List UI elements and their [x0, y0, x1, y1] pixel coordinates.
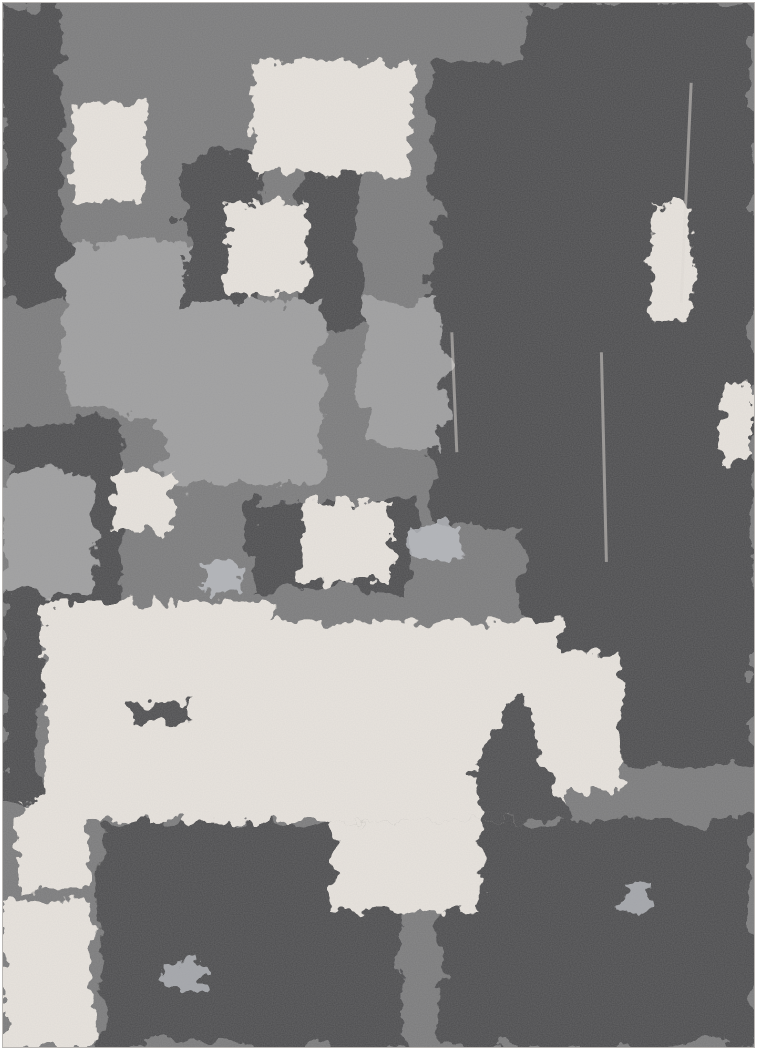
- rug-image: [2, 2, 755, 1048]
- rug-pattern: [3, 3, 754, 1047]
